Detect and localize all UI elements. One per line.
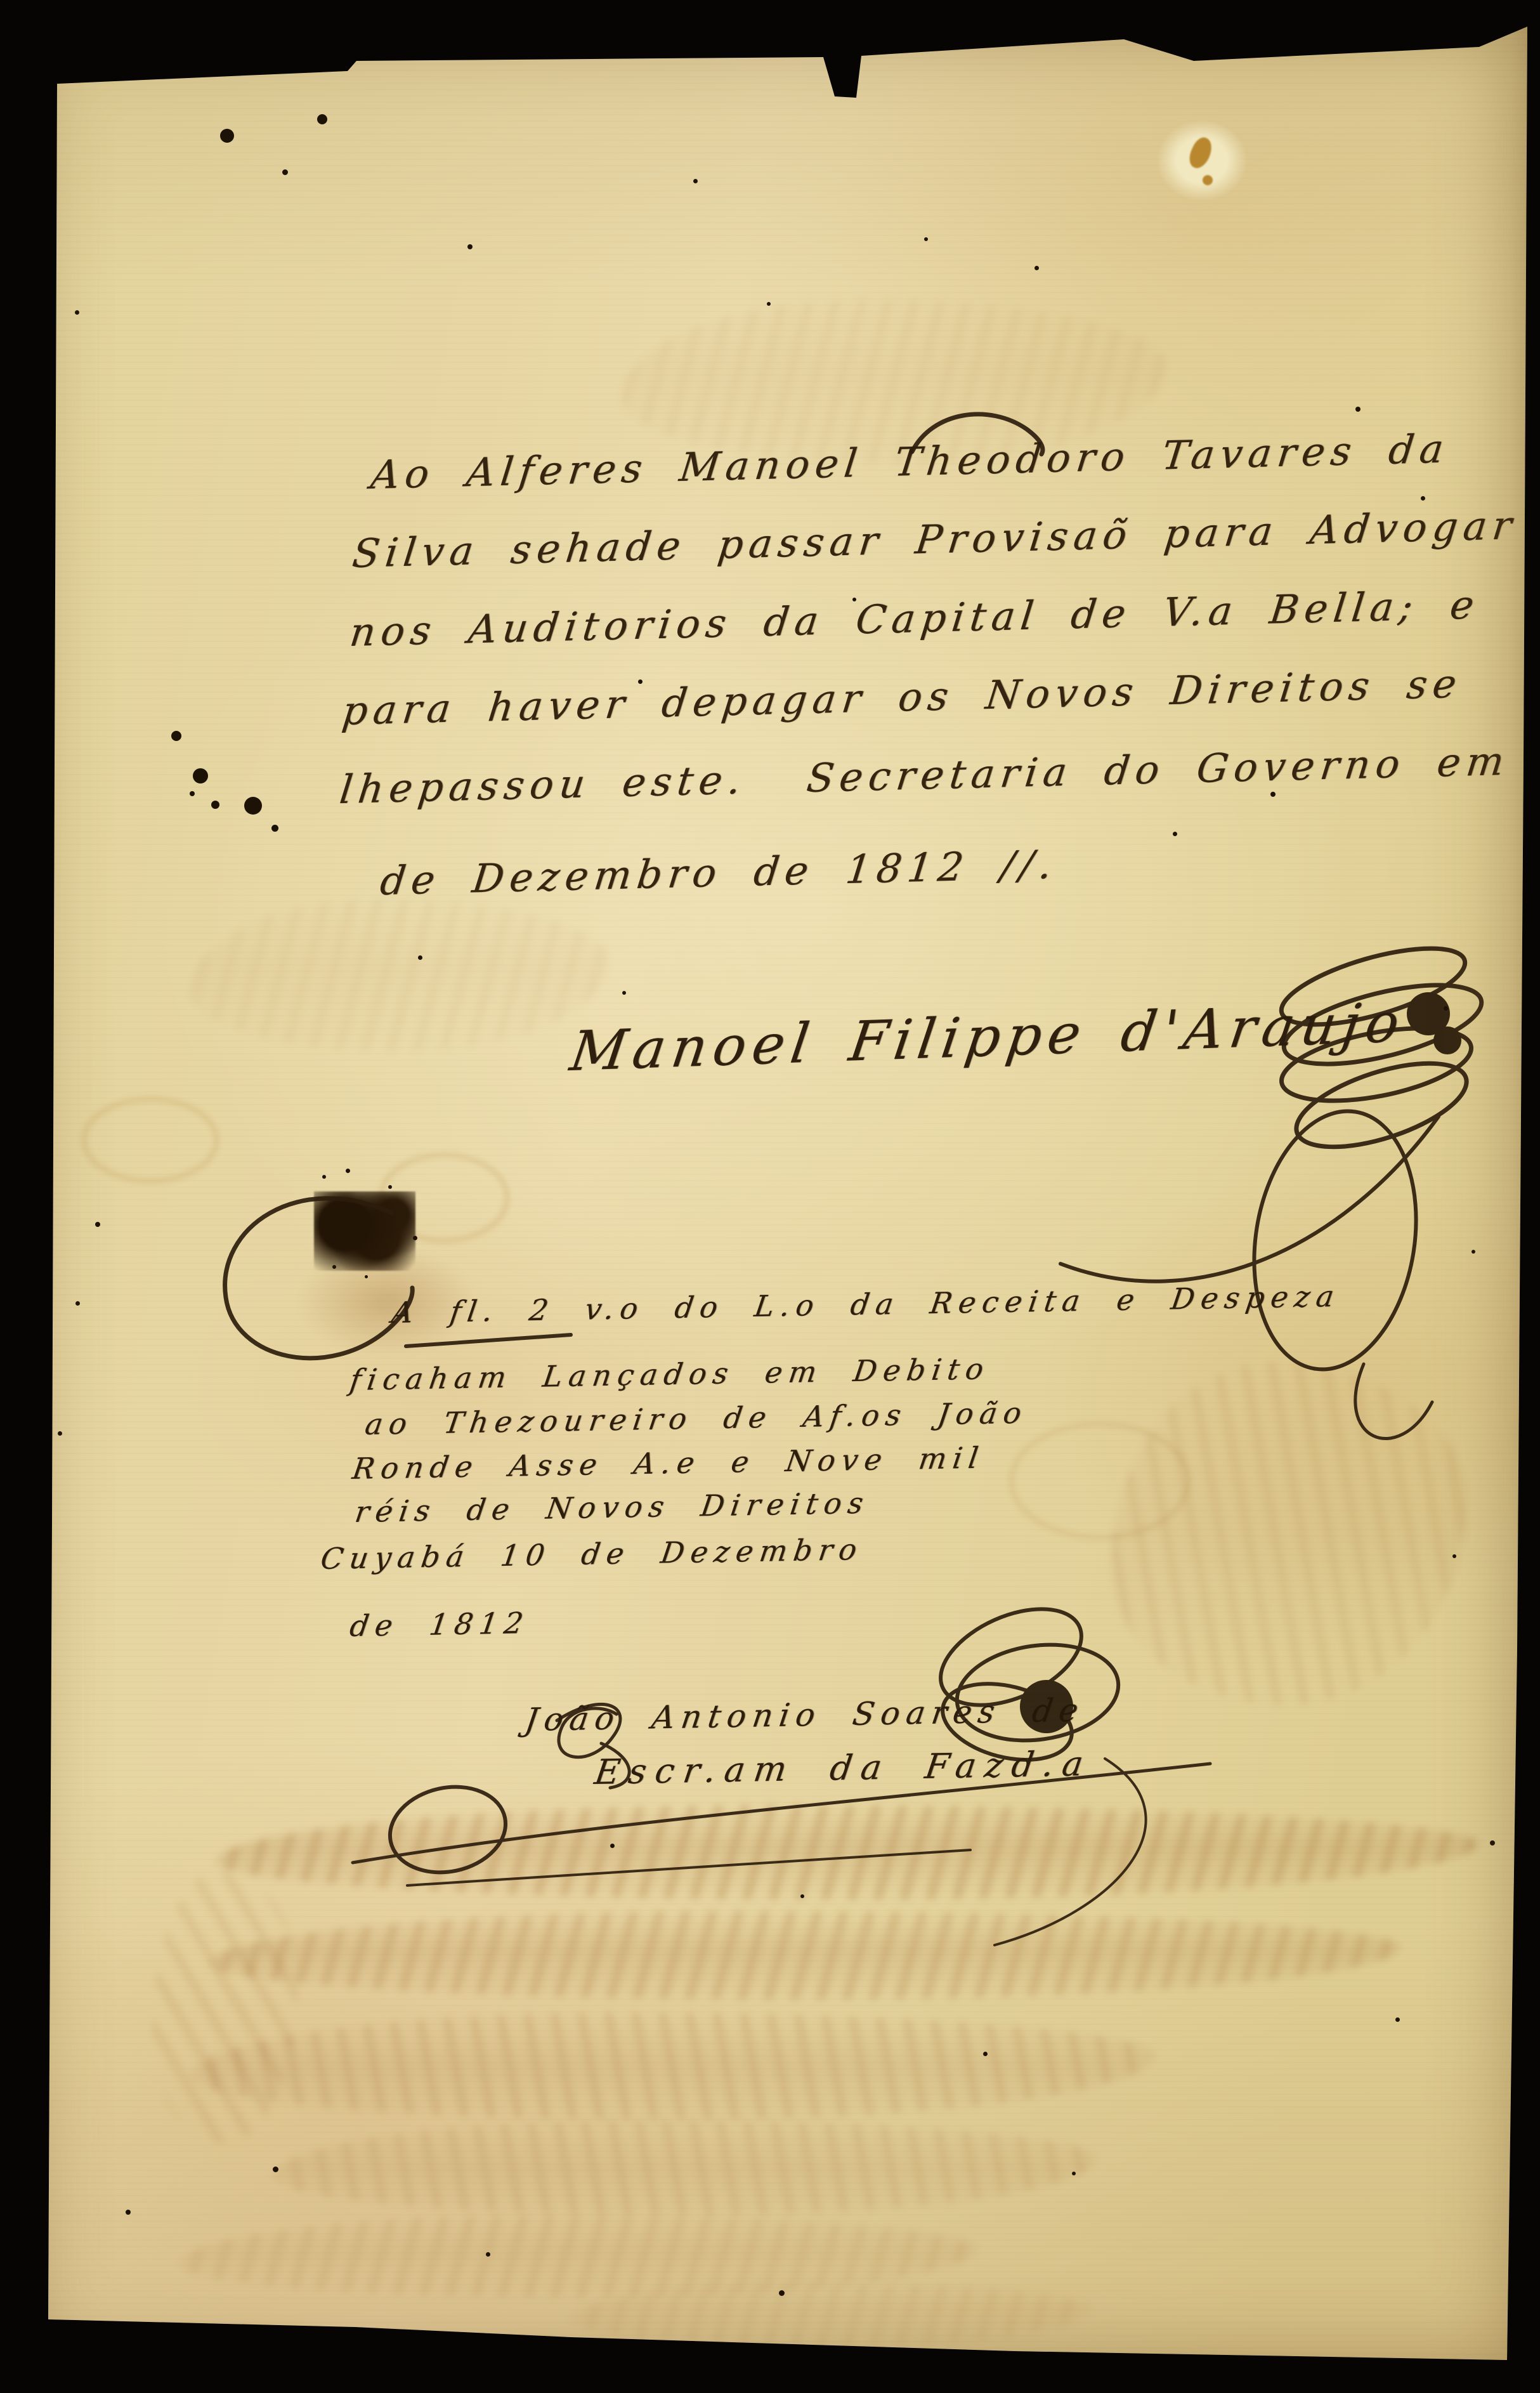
photo-backdrop: Ao Alferes Manoel Theodoro Tavares da Si… — [0, 0, 1540, 2393]
paper-sheet: Ao Alferes Manoel Theodoro Tavares da Si… — [0, 0, 1540, 2393]
paper-edge-vignette — [0, 0, 1540, 2393]
paper-speck — [159, 60, 165, 67]
